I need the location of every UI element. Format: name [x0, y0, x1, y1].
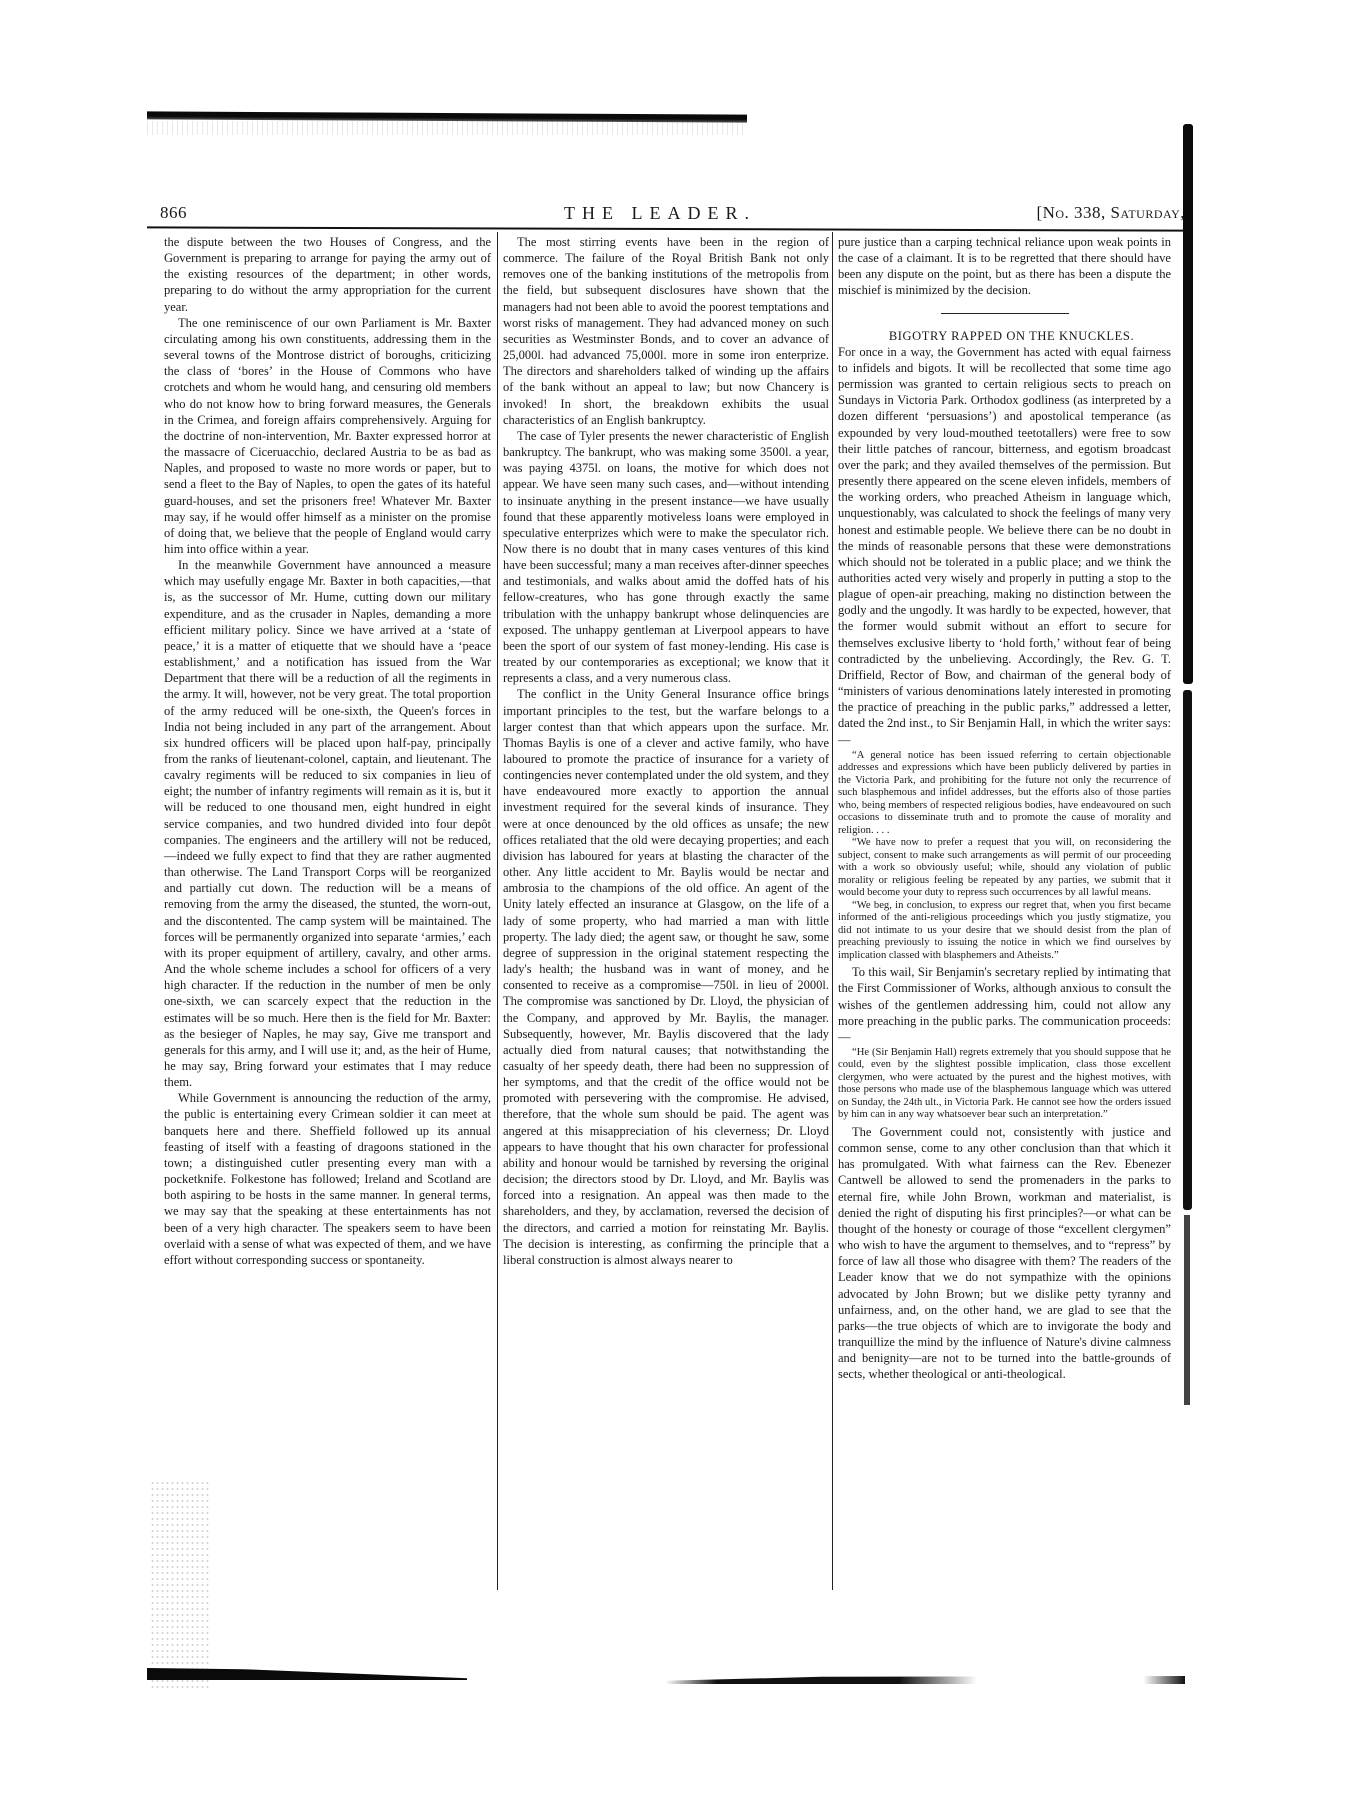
masthead-rule [147, 226, 1183, 231]
scan-artifact-bottom-right [665, 1676, 1185, 1684]
scan-artifact-bottom-left [147, 1668, 467, 1680]
issue-info: [No. 338, Saturday, [1036, 203, 1185, 223]
column-left: the dispute between the two Houses of Co… [164, 234, 491, 1268]
block-quote: “He (Sir Benjamin Hall) regrets extremel… [838, 1047, 1171, 1122]
quote-paragraph: “We beg, in conclusion, to express our r… [838, 900, 1171, 963]
masthead: 866 THE LEADER. [No. 338, Saturday, [160, 203, 1185, 227]
column-divider [497, 232, 498, 1590]
article-paragraph: In the meanwhile Government have announc… [164, 557, 491, 1090]
section-heading: BIGOTRY RAPPED ON THE KNUCKLES. [838, 328, 1171, 344]
column-right: pure justice than a carping technical re… [838, 234, 1171, 1382]
scan-artifact-speckle [150, 1480, 210, 1690]
article-paragraph: To this wail, Sir Benjamin's secretary r… [838, 964, 1171, 1045]
scan-artifact-top-noise [147, 121, 747, 135]
quote-paragraph: “He (Sir Benjamin Hall) regrets extremel… [838, 1047, 1171, 1122]
block-quote: “A general notice has been issued referr… [838, 750, 1171, 963]
article-paragraph: For once in a way, the Government has ac… [838, 344, 1171, 748]
article-paragraph: the dispute between the two Houses of Co… [164, 234, 491, 315]
scan-artifact-right-edge-lower [1183, 690, 1192, 1210]
section-divider [941, 313, 1069, 314]
article-paragraph: The most stirring events have been in th… [503, 234, 829, 428]
article-paragraph: The case of Tyler presents the newer cha… [503, 428, 829, 687]
paper-title: THE LEADER. [490, 203, 830, 224]
quote-paragraph: “We have now to prefer a request that yo… [838, 837, 1171, 900]
article-paragraph: The one reminiscence of our own Parliame… [164, 315, 491, 557]
quote-paragraph: “A general notice has been issued referr… [838, 750, 1171, 838]
article-paragraph: While Government is announcing the reduc… [164, 1090, 491, 1268]
article-paragraph: The conflict in the Unity General Insura… [503, 686, 829, 1268]
article-continuation: pure justice than a carping technical re… [838, 234, 1171, 299]
column-middle: The most stirring events have been in th… [503, 234, 829, 1268]
newspaper-page: 866 THE LEADER. [No. 338, Saturday, the … [0, 0, 1351, 1801]
article-paragraph: The Government could not, consistently w… [838, 1124, 1171, 1383]
column-divider [832, 232, 833, 1590]
scan-artifact-right-edge-bottom [1184, 1215, 1190, 1405]
page-number: 866 [160, 203, 187, 223]
